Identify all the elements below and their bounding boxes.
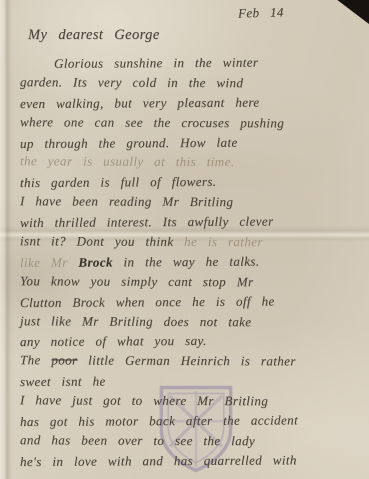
letter-text-segment: has got his motor back after the acciden…	[20, 412, 298, 429]
letter-line: even walking, but very pleasant here	[20, 92, 365, 114]
letter-line: the year is usually at this time.	[20, 152, 365, 173]
letter-line: sweet isnt he	[20, 370, 365, 392]
letter-text-segment: the year is usually at this time.	[20, 154, 235, 170]
letter-line: with thrilled interest. Its awfully clev…	[20, 211, 365, 233]
letter-line: The poor little German Heinrich is rathe…	[20, 351, 365, 372]
letter-line: any notice of what you say.	[20, 330, 365, 352]
letter-text-segment: poor	[51, 353, 77, 368]
letter-text-segment: I have been reading Mr Britling	[20, 193, 233, 209]
letter-text-segment: I have just got to where Mr Britling	[20, 392, 268, 408]
letter-line: he's in love with and has quarrelled wit…	[20, 450, 365, 472]
letter-line: Clutton Brock when once he is off he	[20, 291, 365, 313]
letter-text-segment: sweet isnt he	[20, 374, 106, 390]
letter-text-segment: Clutton Brock when once he is off he	[20, 293, 275, 310]
letter-text-segment: like Mr	[20, 255, 78, 270]
letter-line: has got his motor back after the acciden…	[20, 410, 365, 432]
letter-text-segment: where one can see the crocuses pushing	[20, 114, 284, 130]
letter-line: Glorious sunshine in the winter	[20, 52, 365, 74]
letter-date: Feb 14	[238, 4, 284, 21]
letter-text-segment: he is rather	[184, 234, 263, 249]
letter-body: Glorious sunshine in the wintergarden. I…	[20, 53, 365, 471]
letter-line: just like Mr Britling does not take	[20, 311, 365, 332]
letter-line: like Mr Brock in the way he talks.	[20, 251, 365, 273]
letter-text-segment: up through the ground. How late	[20, 134, 238, 150]
letter-line: up through the ground. How late	[20, 132, 365, 154]
letter-text-segment: The	[20, 353, 51, 368]
letter-text-segment: in the way he talks.	[113, 253, 260, 269]
letter-line: I have just got to where Mr Britling	[20, 390, 365, 411]
letter-text-segment: isnt it? Dont you think	[20, 233, 184, 249]
letter-line: and has been over to see the lady	[20, 430, 365, 451]
letter-text-segment: just like Mr Britling does not take	[20, 313, 252, 329]
letter-line: this garden is full of flowers.	[20, 171, 365, 193]
letter-text-segment: this garden is full of flowers.	[20, 174, 217, 190]
letter-text-segment: Brock	[78, 254, 113, 269]
letter-page: Feb 14 My dearest George Glorious sunshi…	[0, 0, 369, 479]
letter-line: isnt it? Dont you think he is rather	[20, 231, 365, 252]
letter-text-segment: he's in love with and has quarrelled wit…	[20, 452, 297, 469]
letter-text-segment: little German Heinrich is rather	[78, 353, 296, 369]
letter-text-segment: garden. Its very cold in the wind	[20, 74, 243, 90]
letter-text-segment: and has been over to see the lady	[20, 432, 255, 448]
letter-text-segment: You know you simply cant stop Mr	[20, 273, 254, 289]
letter-salutation: My dearest George	[28, 27, 160, 44]
letter-text-segment: with thrilled interest. Its awfully clev…	[20, 214, 274, 231]
letter-line: I have been reading Mr Britling	[20, 191, 365, 212]
letter-line: where one can see the crocuses pushing	[20, 112, 365, 133]
letter-text-segment: even walking, but very pleasant here	[20, 94, 260, 110]
letter-line: garden. Its very cold in the wind	[20, 72, 365, 93]
letter-text-segment: Glorious sunshine in the winter	[54, 55, 258, 71]
paper-edge	[0, 0, 12, 479]
letter-line: You know you simply cant stop Mr	[20, 271, 365, 292]
letter-text-segment: any notice of what you say.	[20, 333, 207, 349]
background-corner	[325, 0, 369, 24]
letter-photo: { "letter": { "date": "Feb 14", "salutat…	[0, 0, 369, 479]
